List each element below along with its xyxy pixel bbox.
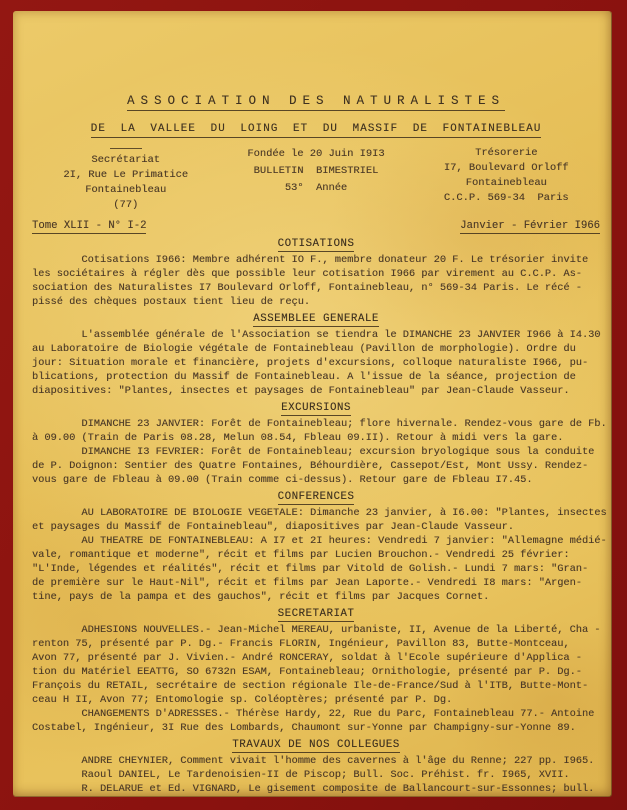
section-line: à 09.00 (Train de Paris 08.28, Melun 08.… [32, 431, 600, 445]
section-heading: TRAVAUX DE NOS COLLEGUES [32, 738, 600, 753]
section-heading-text: EXCURSIONS [281, 402, 351, 416]
section-line: vous gare de Fbleau à 09.00 (Train comme… [32, 473, 600, 487]
bulletin-page: ASSOCIATION DES NATURALISTES DE LA VALLE… [13, 11, 612, 797]
issue-date: Janvier - Février I966 [460, 220, 600, 234]
section-line: Soc. Préhist. fr. I965, p. 289; cf. p. 2… [32, 796, 600, 797]
tresorerie-block: Trésorerie I7, Boulevard OrloffFontaineb… [413, 146, 600, 213]
section-line: les sociétaires à régler dès que possibl… [32, 267, 600, 281]
text-line: Fondée le 20 Juin I9I3 [219, 146, 412, 163]
section-line: tion du Matériel EEATTG, SO 6732n ESAM, … [32, 665, 600, 679]
section-line: pissé des chèques postaux tient lieu de … [32, 295, 600, 309]
section-heading: EXCURSIONS [32, 401, 600, 416]
section-line: de P. Doignon: Sentier des Quatre Fontai… [32, 459, 600, 473]
page-content: ASSOCIATION DES NATURALISTES DE LA VALLE… [13, 11, 612, 797]
text-line: C.C.P. 569-34 Paris [413, 191, 600, 206]
section-heading-text: COTISATIONS [278, 238, 355, 252]
secretariat-heading: Secrétariat [32, 153, 219, 168]
section-line: sociation des Naturalistes I7 Boulevard … [32, 281, 600, 295]
section-line: Costabel, Ingénieur, 3I Rue des Lombards… [32, 721, 600, 735]
text-line: BULLETIN BIMESTRIEL [219, 163, 412, 180]
section-line: ADHESIONS NOUVELLES.- Jean-Michel MEREAU… [32, 623, 600, 637]
divider-dash [110, 148, 142, 149]
section-line: Raoul DANIEL, Le Tardenoisien-II de Pisc… [32, 768, 600, 782]
section-line: au Laboratoire de Biologie végétale de F… [32, 342, 600, 356]
section-line: DIMANCHE I3 FEVRIER: Forêt de Fontainebl… [32, 445, 600, 459]
section: EXCURSIONS DIMANCHE 23 JANVIER: Forêt de… [32, 401, 600, 487]
tresorerie-heading: Trésorerie [413, 146, 600, 161]
photo-frame: ASSOCIATION DES NATURALISTES DE LA VALLE… [0, 0, 627, 810]
association-subtitle: DE LA VALLEE DU LOING ET DU MASSIF DE FO… [91, 123, 542, 138]
section-line: et paysages du Massif de Fontainebleau",… [32, 520, 600, 534]
text-line: 53° Année [219, 180, 412, 197]
tome-number: Tome XLII - N° I-2 [32, 220, 146, 234]
section-heading: CONFERENCES [32, 490, 600, 505]
issue-row: Tome XLII - N° I-2 Janvier - Février I96… [32, 220, 600, 234]
section-heading-text: SECRETARIAT [278, 608, 355, 622]
association-title: ASSOCIATION DES NATURALISTES [127, 94, 505, 111]
section-line: ANDRE CHEYNIER, Comment vivait l'homme d… [32, 754, 600, 768]
section-line: François du RETAIL, secrétaire de sectio… [32, 679, 600, 693]
masthead: ASSOCIATION DES NATURALISTES DE LA VALLE… [32, 91, 600, 234]
section-line: ceau H II, Avon 77; Entomologie sp. Colé… [32, 693, 600, 707]
secretariat-block: Secrétariat 2I, Rue Le PrimaticeFontaine… [32, 146, 219, 213]
masthead-columns: Secrétariat 2I, Rue Le PrimaticeFontaine… [32, 146, 600, 213]
section: CONFERENCES AU LABORATOIRE DE BIOLOGIE V… [32, 490, 600, 604]
secretariat-address: 2I, Rue Le PrimaticeFontainebleau(77) [32, 168, 219, 213]
section-line: de première sur le Haut-Nil", récit et f… [32, 576, 600, 590]
text-line: Fontainebleau [32, 183, 219, 198]
bulletin-info: Fondée le 20 Juin I9I3BULLETIN BIMESTRIE… [219, 146, 412, 197]
section-line: AU LABORATOIRE DE BIOLOGIE VEGETALE: Dim… [32, 506, 600, 520]
text-line: (77) [32, 198, 219, 213]
section: SECRETARIAT ADHESIONS NOUVELLES.- Jean-M… [32, 607, 600, 735]
tresorerie-address: I7, Boulevard OrloffFontainebleauC.C.P. … [413, 161, 600, 206]
section-line: R. DELARUE et Ed. VIGNARD, Le gisement c… [32, 782, 600, 796]
section-line: L'assemblée générale de l'Association se… [32, 328, 600, 342]
section: TRAVAUX DE NOS COLLEGUES ANDRE CHEYNIER,… [32, 738, 600, 797]
section-heading: COTISATIONS [32, 237, 600, 252]
section-line: tine, pays de la pampa et des gauchos", … [32, 590, 600, 604]
text-line: Fontainebleau [413, 176, 600, 191]
section: ASSEMBLEE GENERALE L'assemblée générale … [32, 312, 600, 398]
section-heading-text: ASSEMBLEE GENERALE [253, 313, 379, 327]
section-line: DIMANCHE 23 JANVIER: Forêt de Fontainebl… [32, 417, 600, 431]
section-heading-text: TRAVAUX DE NOS COLLEGUES [232, 739, 400, 753]
section-line: renton 75, présenté par P. Dg.- Francis … [32, 637, 600, 651]
section-heading-text: CONFERENCES [278, 491, 355, 505]
section-line: "L'Inde, légendes et réalités", récit et… [32, 562, 600, 576]
section-line: CHANGEMENTS D'ADRESSES.- Thérèse Hardy, … [32, 707, 600, 721]
text-line: 2I, Rue Le Primatice [32, 168, 219, 183]
text-line: I7, Boulevard Orloff [413, 161, 600, 176]
section-line: Avon 77, présenté par J. Vivien.- André … [32, 651, 600, 665]
section-line: AU THEATRE DE FONTAINEBLEAU: A I7 et 2I … [32, 534, 600, 548]
section-line: vale, romantique et moderne", récit et f… [32, 548, 600, 562]
section-line: blications, protection du Massif de Font… [32, 370, 600, 384]
section-line: diapositives: "Plantes, insectes et pays… [32, 384, 600, 398]
sections: COTISATIONS Cotisations I966: Membre adh… [32, 237, 600, 797]
section-line: Cotisations I966: Membre adhérent IO F.,… [32, 253, 600, 267]
section: COTISATIONS Cotisations I966: Membre adh… [32, 237, 600, 309]
section-heading: ASSEMBLEE GENERALE [32, 312, 600, 327]
bulletin-info-block: Fondée le 20 Juin I9I3BULLETIN BIMESTRIE… [219, 146, 412, 213]
section-line: jour: Situation morale et financière, pr… [32, 356, 600, 370]
section-heading: SECRETARIAT [32, 607, 600, 622]
